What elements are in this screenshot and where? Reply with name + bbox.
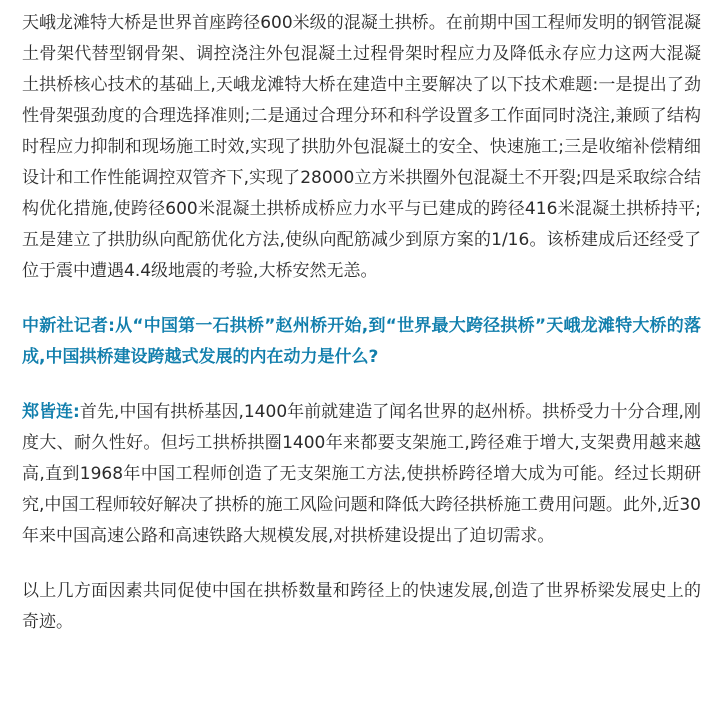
answer-speaker-label: 郑皆连: [22,402,80,422]
answer-text: 首先,中国有拱桥基因,1400年前就建造了闻名世界的赵州桥。拱桥受力十分合理,刚… [22,402,701,546]
article-body: 天峨龙滩特大桥是世界首座跨径600米级的混凝土拱桥。在前期中国工程师发明的钢管混… [0,0,723,638]
closing-paragraph: 以上几方面因素共同促使中国在拱桥数量和跨径上的快速发展,创造了世界桥梁发展史上的… [22,576,701,638]
expert-answer: 郑皆连:首先,中国有拱桥基因,1400年前就建造了闻名世界的赵州桥。拱桥受力十分… [22,397,701,552]
reporter-question: 中新社记者:从“中国第一石拱桥”赵州桥开始,到“世界最大跨径拱桥”天峨龙滩特大桥… [22,311,701,373]
intro-paragraph: 天峨龙滩特大桥是世界首座跨径600米级的混凝土拱桥。在前期中国工程师发明的钢管混… [22,8,701,287]
